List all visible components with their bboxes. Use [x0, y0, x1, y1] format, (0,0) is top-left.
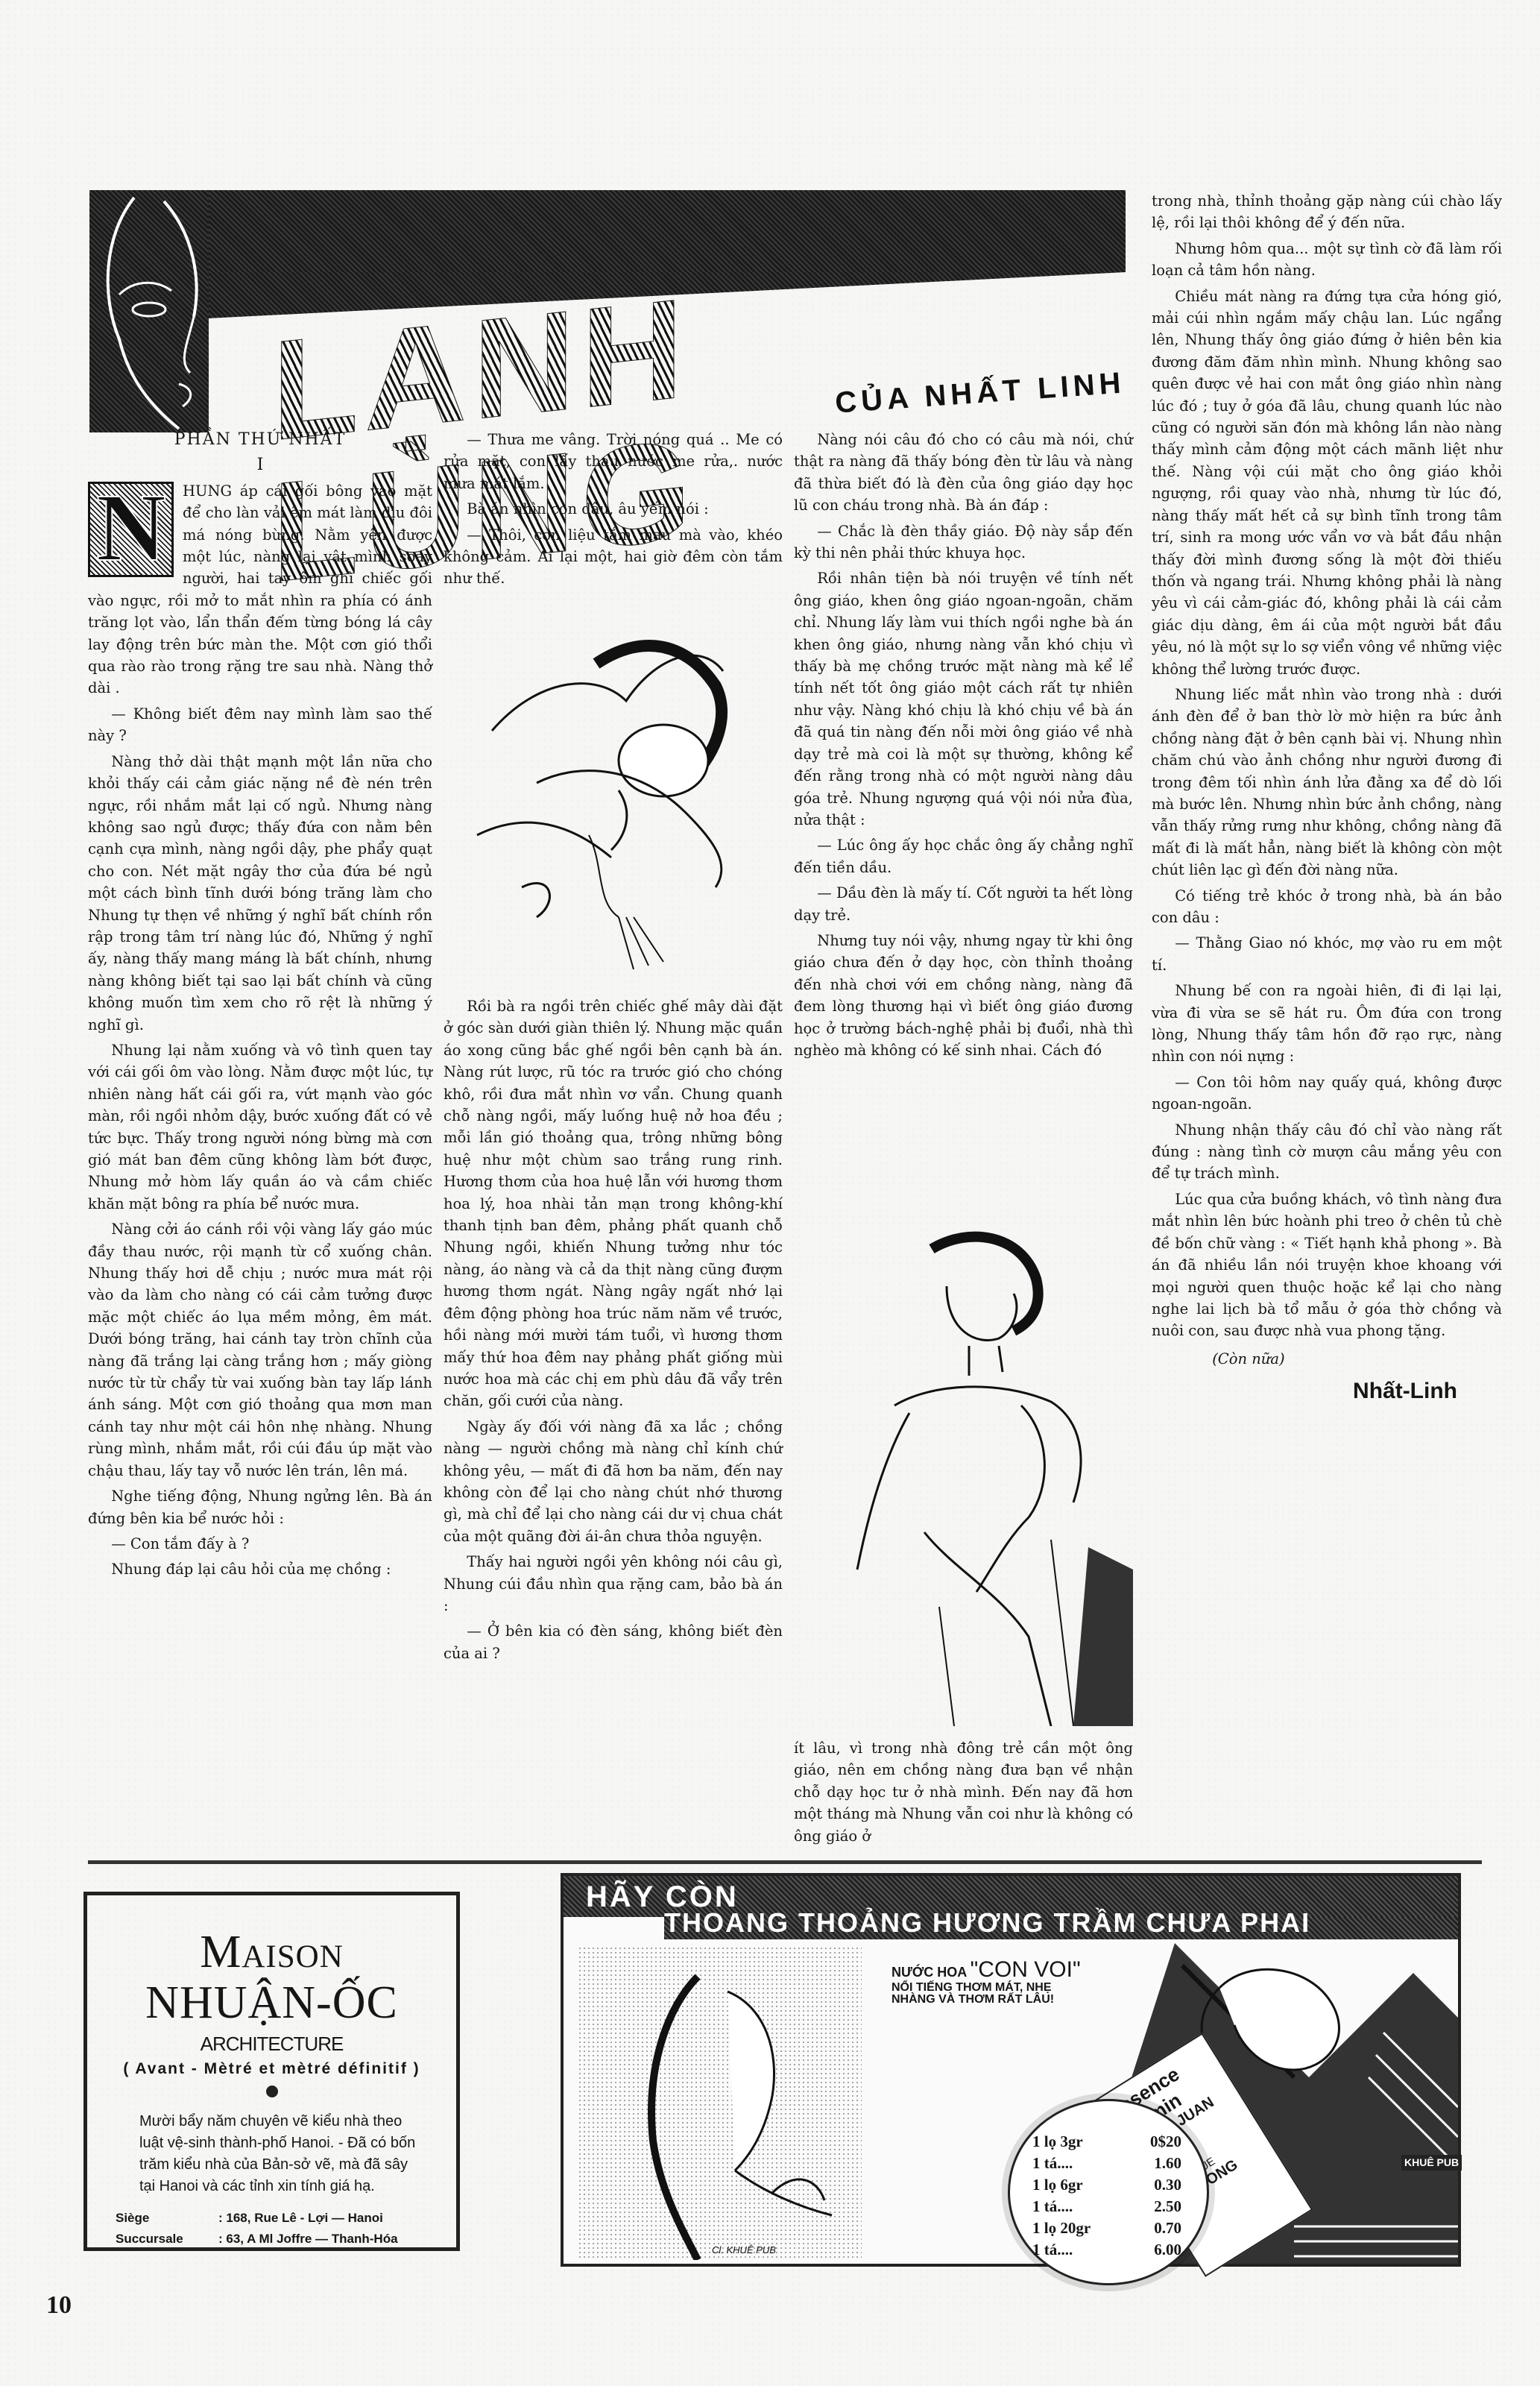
paragraph: Nhung nhận thấy câu đó chỉ vào nàng rất …: [1152, 1119, 1502, 1185]
price-row: 1 tá....2.50: [1032, 2196, 1181, 2217]
paragraph: Nhung liếc mắt nhìn vào trong nhà : dưới…: [1152, 684, 1502, 881]
paragraph: Nhung lại nằm xuống và vô tình quen tay …: [88, 1039, 432, 1215]
ad-body: Mười bẩy năm chuyên vẽ kiểu nhà theo luậ…: [110, 2105, 434, 2197]
paragraph: — Chắc là đèn thầy giáo. Độ này sắp đến …: [794, 520, 1133, 564]
story-column-3-continued: ít lâu, vì trong nhà đông trẻ cần một ôn…: [794, 1737, 1133, 1851]
chapter-number: I: [88, 454, 432, 476]
paragraph: Bà án nhìn con dâu, âu yếm nói :: [444, 498, 783, 520]
paragraph: Thấy hai người ngồi yên không nói câu gì…: [444, 1551, 783, 1617]
paragraph: — Con tắm đấy à ?: [88, 1533, 432, 1555]
paragraph: Lúc qua cửa buồng khách, vô tình nàng đư…: [1152, 1189, 1502, 1342]
price-row: 1 lọ 20gr0.70: [1032, 2217, 1181, 2239]
woman-face-illustration-icon: [89, 190, 209, 432]
woman-bathing-illustration-icon: [805, 1219, 1133, 1726]
paragraph: ít lâu, vì trong nhà đông trẻ cần một ôn…: [794, 1737, 1133, 1847]
illustration-credit: Cl. KHUÊ PUB: [712, 2244, 776, 2256]
part-heading: PHẦN THỨ NHẤT: [88, 429, 432, 450]
address-row: Succursale: 63, A Ml Joffre — Thanh-Hóa: [116, 2229, 434, 2250]
paragraph: — Thôi, con liệu tắm mau mà vào, khéo kh…: [444, 524, 783, 590]
story-column-1: PHẦN THỨ NHẤT I N HUNG áp cái gối bông v…: [88, 429, 432, 1584]
paragraph: Nghe tiếng động, Nhung ngửng lên. Bà án …: [88, 1485, 432, 1529]
paragraph: — Ở bên kia có đèn sáng, không biết đèn …: [444, 1620, 783, 1664]
paragraph: — Lúc ông ấy học chắc ông ấy chẳng nghĩ …: [794, 834, 1133, 878]
paragraph: Nàng cởi áo cánh rồi vội vàng lấy gáo mú…: [88, 1218, 432, 1482]
paragraph: Nhưng tuy nói vậy, nhưng ngay từ khi ông…: [794, 930, 1133, 1061]
ad-title: Maison NHUẬN-ỐC: [110, 1927, 434, 2028]
paragraph: trong nhà, thỉnh thoảng gặp nàng cúi chà…: [1152, 190, 1502, 234]
paragraph: — Dầu đèn là mấy tí. Cốt người ta hết lò…: [794, 882, 1133, 926]
paragraph: Nhung bế con ra ngoài hiên, đi đi lại lạ…: [1152, 980, 1502, 1068]
to-be-continued-note: (Còn nữa): [1152, 1348, 1502, 1370]
price-list: 1 lọ 3gr0$20 1 tá....1.60 1 lọ 6gr0.30 1…: [1008, 2099, 1209, 2285]
paragraph: Nhung đáp lại câu hỏi của mẹ chồng :: [88, 1558, 432, 1580]
ornament-dot-icon: [266, 2086, 278, 2097]
paragraph: — Thưa me vâng. Trời nóng quá .. Me có r…: [444, 429, 783, 494]
paragraph: Nàng nói câu đó cho có câu mà nói, chứ t…: [794, 429, 1133, 517]
ad-addresses: Siège: 168, Rue Lê - Lợi — Hanoi Succurs…: [110, 2208, 434, 2250]
section-divider: [88, 1860, 1482, 1864]
paragraph: Ngày ấy đối với nàng đã xa lắc ; chồng n…: [444, 1416, 783, 1547]
woman-smelling-flower-illustration-icon: [578, 1947, 862, 2260]
paragraph: — Con tôi hôm nay quấy quá, không được n…: [1152, 1071, 1502, 1115]
page-number: 10: [46, 2291, 72, 2320]
newspaper-page: LẠNH LÙNG CỦA NHẤT LINH PHẦN THỨ NHẤT I …: [0, 0, 1540, 2386]
story-title-banner: LẠNH LÙNG CỦA NHẤT LINH: [89, 190, 1126, 436]
paragraph: — Không biết đêm nay mình làm sao thế nà…: [88, 703, 432, 747]
story-column-2: — Thưa me vâng. Trời nóng quá .. Me có r…: [444, 429, 783, 594]
paragraph: Chiều mát nàng ra đứng tựa cửa hóng gió,…: [1152, 286, 1502, 680]
decorative-dropcap-icon: N: [88, 482, 174, 577]
paragraph: Rồi nhân tiện bà nói truyện về tính nết …: [794, 567, 1133, 831]
price-row: 1 lọ 6gr0.30: [1032, 2174, 1181, 2196]
story-column-4: trong nhà, thỉnh thoảng gặp nàng cúi chà…: [1152, 190, 1502, 1406]
studio-mark: KHUÊ PUB: [1401, 2155, 1462, 2171]
price-row: 1 tá....6.00: [1032, 2239, 1181, 2261]
architect-advertisement: Maison NHUẬN-ỐC ARCHITECTURE ( Avant - M…: [83, 1892, 460, 2251]
paragraph: Nhưng hôm qua... một sự tình cờ đã làm r…: [1152, 238, 1502, 282]
story-column-3: Nàng nói câu đó cho có câu mà nói, chứ t…: [794, 429, 1133, 1065]
paragraph: Rồi bà ra ngồi trên chiếc ghế mây dài đặ…: [444, 995, 783, 1412]
price-row: 1 lọ 3gr0$20: [1032, 2131, 1181, 2153]
paragraph: Nàng thở dài thật mạnh một lần nữa cho k…: [88, 751, 432, 1036]
author-signature: Nhất-Linh: [1152, 1380, 1502, 1402]
paragraph: — Thằng Giao nó khóc, mợ vào ru em một t…: [1152, 932, 1502, 976]
address-row: Siège: 168, Rue Lê - Lợi — Hanoi: [116, 2208, 434, 2229]
story-column-2-continued: Rồi bà ra ngồi trên chiếc ghế mây dài đặ…: [444, 995, 783, 1668]
ad-services: ( Avant - Mètré et mètré définitif ): [110, 2060, 434, 2078]
ad-headline-2: THOANG THOẢNG HƯƠNG TRẦM CHƯA PHAI: [664, 1907, 1310, 1939]
ad-subtitle: ARCHITECTURE: [110, 2033, 434, 2056]
price-row: 1 tá....1.60: [1032, 2153, 1181, 2174]
paragraph: Có tiếng trẻ khóc ở trong nhà, bà án bảo…: [1152, 885, 1502, 929]
sleeping-woman-illustration-icon: [447, 589, 768, 977]
